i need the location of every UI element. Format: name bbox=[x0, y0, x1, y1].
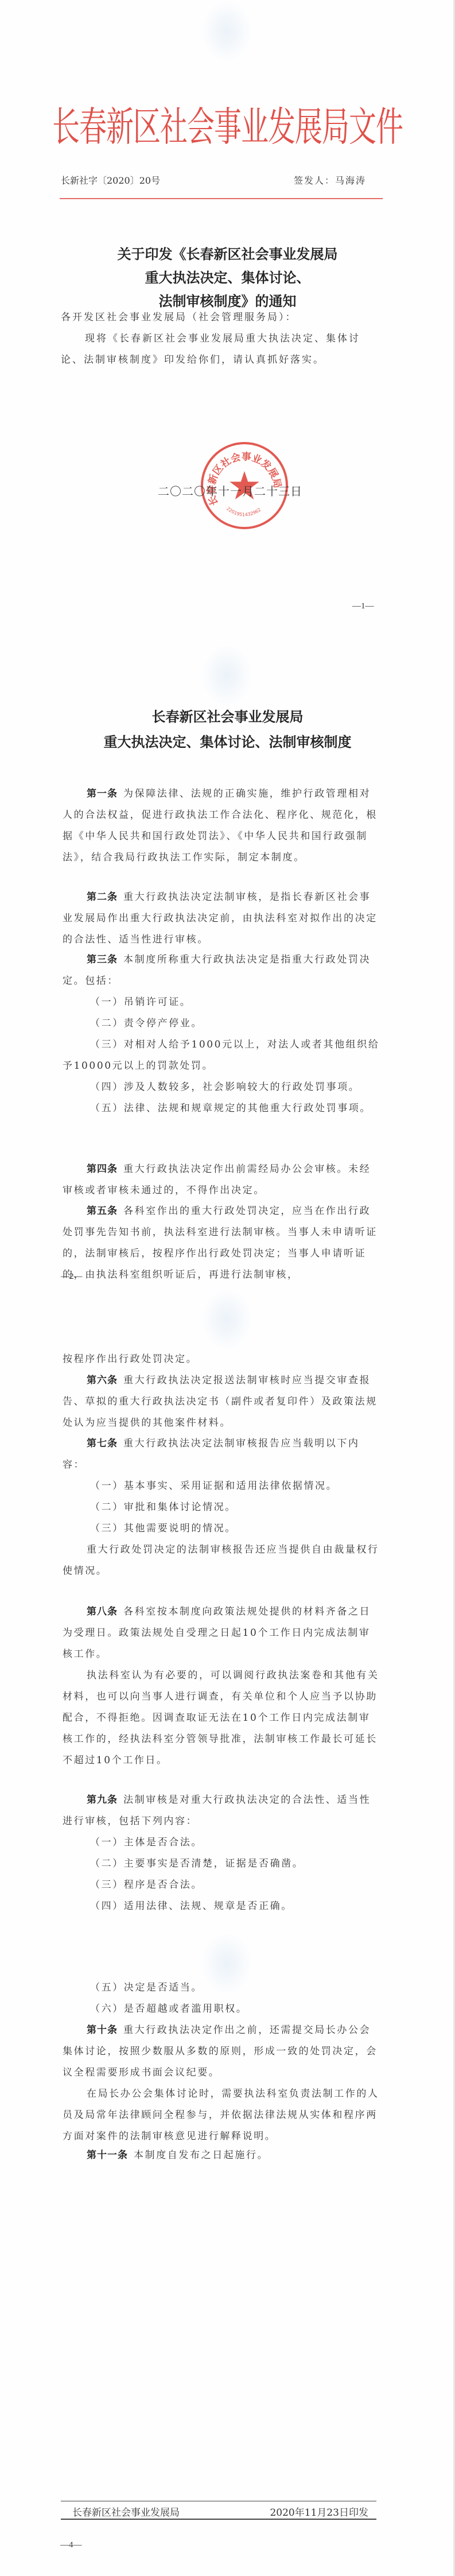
colophon-bottom-rule bbox=[61, 2519, 376, 2520]
article-7: 第七条重大行政执法决定法制审核报告应当载明以下内容： （一）基本事实、采用证据和… bbox=[63, 1433, 382, 1582]
colophon: 长春新区社会事业发展局 2020年11月23日印发 bbox=[61, 2501, 376, 2521]
page-4: （五）决定是否适当。 （六）是否超越或者滥用职权。 第十条重大行政执法决定作出之… bbox=[0, 1932, 455, 2576]
article-paragraph: 在局长办公会集体讨论时，需要执法科室负责法制工作的人员及局常年法律顾问全程参与，… bbox=[63, 2084, 382, 2147]
notice-title: 关于印发《长春新区社会事业发展局 重大执法决定、集体讨论、 法制审核制度》的通知 bbox=[0, 242, 455, 313]
page-number: —1— bbox=[352, 602, 374, 611]
page-1: 长春新区社会事业发展局文件 长新社字〔2020〕20号 签发人：马海涛 关于印发… bbox=[0, 0, 455, 644]
page-2: 长春新区社会事业发展局 重大执法决定、集体讨论、法制审核制度 第一条为保障法律、… bbox=[0, 644, 455, 1288]
signer: 签发人：马海涛 bbox=[294, 173, 366, 187]
notice-body: 现将《长春新区社会事业发展局重大执法决定、集体讨论、法制审核制度》印发给你们，请… bbox=[61, 328, 382, 371]
list-item: （五）决定是否适当。 bbox=[63, 1977, 382, 1999]
article-4: 第四条重大行政执法决定作出前需经局办公会审核。未经审核或者审核未通过的，不得作出… bbox=[63, 1159, 382, 1201]
list-item: （二）审批和集体讨论情况。 bbox=[63, 1497, 382, 1518]
notice-title-line: 关于印发《长春新区社会事业发展局 bbox=[0, 242, 455, 266]
article-number: 第七条 bbox=[87, 1438, 118, 1449]
article-5: 第五条各科室作出的重大行政处罚决定，应当在作出行政处罚事先告知书前，执法科室进行… bbox=[63, 1201, 382, 1286]
addressee: 各开发区社会事业发展局（社会管理服务局）： bbox=[61, 307, 382, 328]
article-2: 第二条重大行政执法决定法制审核，是指长春新区社会事业发展局作出重大行政执法决定前… bbox=[63, 887, 382, 951]
list-item: （一）基本事实、采用证据和适用法律依据情况。 bbox=[63, 1476, 382, 1497]
article-number: 第十条 bbox=[87, 2024, 118, 2036]
colophon-top-rule bbox=[61, 2501, 376, 2501]
document-number: 长新社字〔2020〕20号 bbox=[61, 173, 160, 187]
list-item: （四）适用法律、法规、规章是否正确。 bbox=[63, 1896, 382, 1917]
list-item: （六）是否超越或者滥用职权。 bbox=[63, 1999, 382, 2020]
article-number: 第六条 bbox=[87, 1375, 118, 1386]
article-paragraph: 执法科室认为有必要的，可以调阅行政执法案卷和其他有关材料，也可以向当事人进行调查… bbox=[63, 1665, 382, 1771]
article-number: 第一条 bbox=[87, 788, 118, 800]
article-11: 第十一条本制度自发布之日起施行。 bbox=[63, 2145, 382, 2166]
list-item: （三）对相对人给予1000元以上，对法人或者其他组织给予10000元以上的罚款处… bbox=[63, 1034, 382, 1077]
colophon-print-date: 2020年11月23日印发 bbox=[270, 2504, 368, 2519]
notice-title-line: 重大执法决定、集体讨论、 bbox=[0, 266, 455, 289]
rules-title-line: 重大执法决定、集体讨论、法制审核制度 bbox=[0, 730, 455, 755]
red-divider bbox=[60, 198, 383, 199]
article-5-continued: 按程序作出行政处罚决定。 bbox=[63, 1349, 382, 1370]
list-item: （一）主体是否合法。 bbox=[63, 1832, 382, 1853]
rules-title-line: 长春新区社会事业发展局 bbox=[0, 704, 455, 730]
list-item: （二）主要事实是否清楚，证据是否确凿。 bbox=[63, 1853, 382, 1875]
page-number: —2— bbox=[61, 1272, 83, 1282]
article-note: 重大行政处罚决定的法制审核报告还应当提供自由裁量权行使情况。 bbox=[63, 1539, 382, 1582]
article-8: 第八条各科室按本制度向政策法规处提供的材料齐备之日为受理日。政策法规处自受理之日… bbox=[63, 1601, 382, 1771]
issue-date: 二〇二〇年十一月二十三日 bbox=[158, 482, 302, 499]
list-item: （五）法律、法规和规章规定的其他重大行政处罚事项。 bbox=[63, 1098, 382, 1119]
page-3: 按程序作出行政处罚决定。 第六条重大行政执法决定报送法制审核时应当提交审查报告、… bbox=[0, 1288, 455, 1932]
article-text: 按程序作出行政处罚决定。 bbox=[63, 1353, 197, 1365]
article-9-continued: （五）决定是否适当。 （六）是否超越或者滥用职权。 bbox=[63, 1977, 382, 2020]
article-text: 本制度自发布之日起施行。 bbox=[134, 2150, 269, 2161]
masthead: 长春新区社会事业发展局文件 bbox=[0, 95, 455, 152]
article-9: 第九条法制审核是对重大行政执法决定的合法性、适当性进行审核，包括下列内容： （一… bbox=[63, 1790, 382, 1917]
article-6: 第六条重大行政执法决定报送法制审核时应当提交审查报告、草拟的重大行政执法决定书（… bbox=[63, 1370, 382, 1434]
article-number: 第四条 bbox=[87, 1163, 118, 1175]
list-item: （三）其他需要说明的情况。 bbox=[63, 1518, 382, 1539]
page-number: —4— bbox=[60, 2540, 82, 2550]
svg-text:2201951432962: 2201951432962 bbox=[225, 506, 262, 518]
article-number: 第二条 bbox=[87, 891, 118, 903]
rules-title: 长春新区社会事业发展局 重大执法决定、集体讨论、法制审核制度 bbox=[0, 704, 455, 755]
list-item: （二）责令停产停业。 bbox=[63, 1013, 382, 1034]
colophon-issuer: 长春新区社会事业发展局 bbox=[72, 2504, 180, 2519]
article-3: 第三条本制度所称重大行政执法决定是指重大行政处罚决定。包括： （一）吊销许可证。… bbox=[63, 949, 382, 1119]
list-item: （一）吊销许可证。 bbox=[63, 992, 382, 1013]
article-number: 第九条 bbox=[87, 1794, 118, 1806]
article-number: 第五条 bbox=[87, 1205, 118, 1217]
article-1: 第一条为保障法律、法规的正确实施，维护行政管理相对人的合法权益，促进行政执法工作… bbox=[63, 783, 382, 868]
article-number: 第三条 bbox=[87, 954, 118, 965]
article-number: 第十一条 bbox=[87, 2150, 128, 2161]
list-item: （四）涉及人数较多，社会影响较大的行政处罚事项。 bbox=[63, 1077, 382, 1098]
list-item: （三）程序是否合法。 bbox=[63, 1875, 382, 1896]
article-10: 第十条重大行政执法决定作出之前，还需提交局长办公会集体讨论，按照少数服从多数的原… bbox=[63, 2020, 382, 2147]
article-number: 第八条 bbox=[87, 1606, 118, 1617]
